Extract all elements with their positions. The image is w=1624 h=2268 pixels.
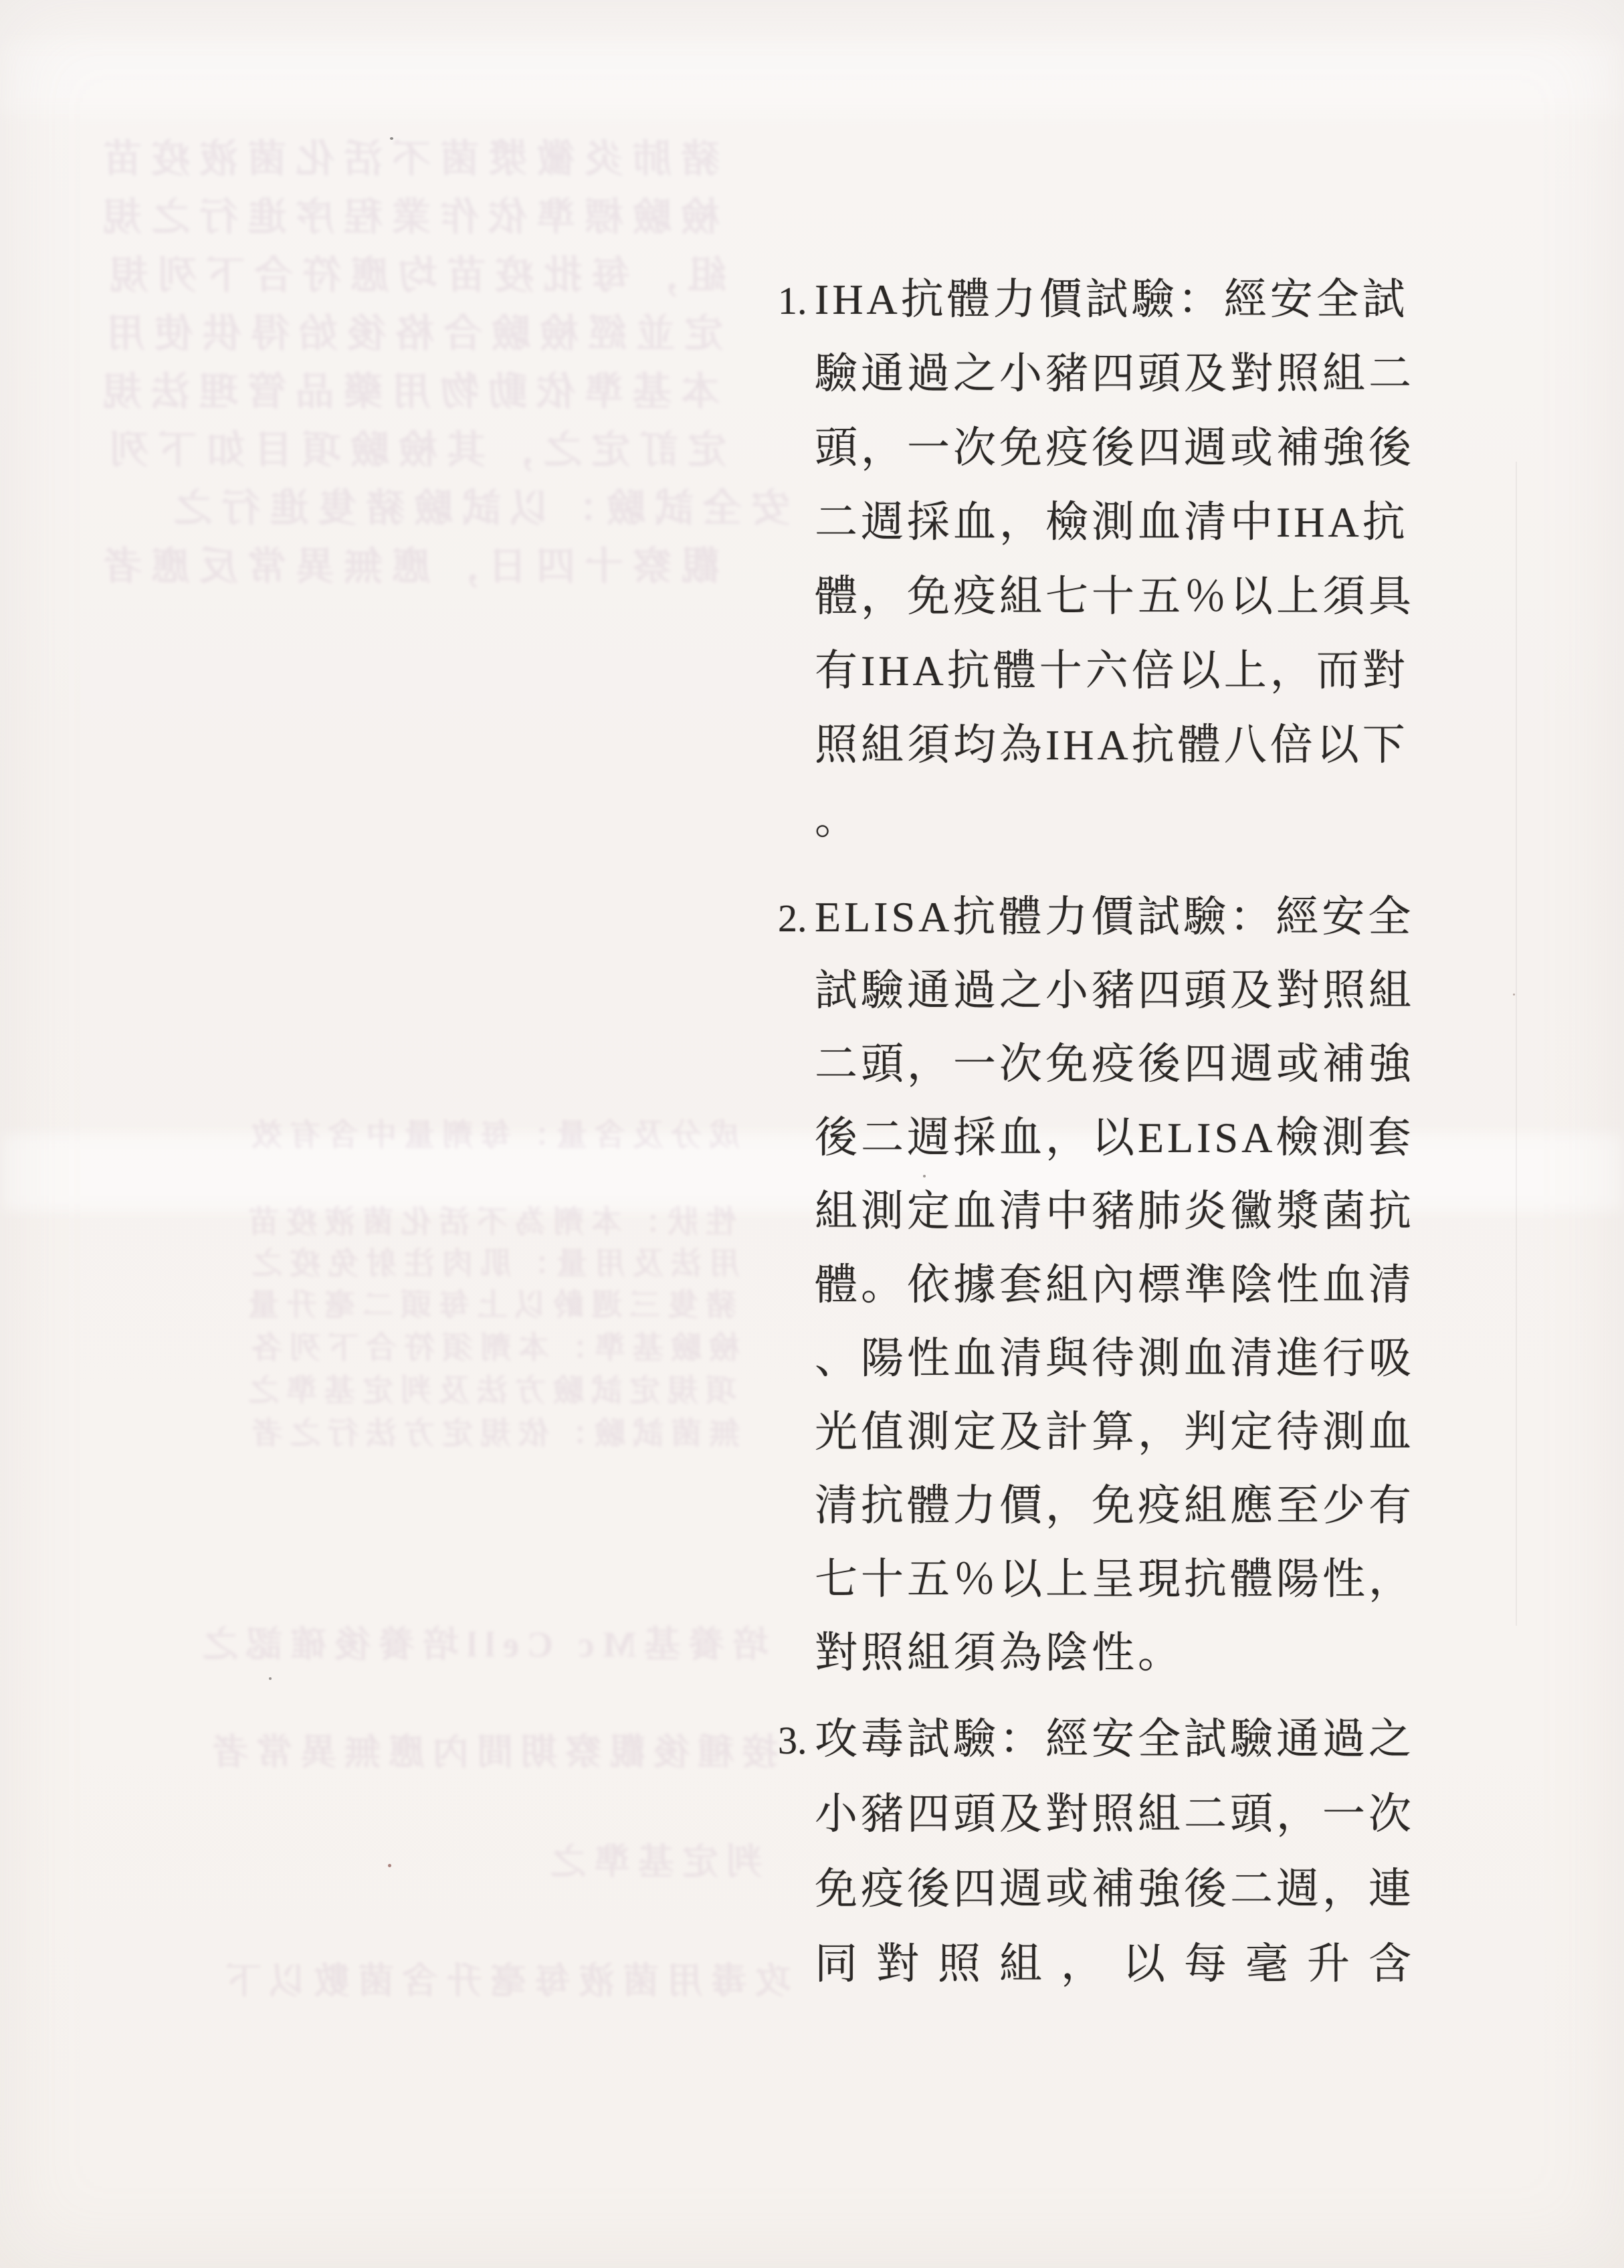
text-line: 對照組須為陰性。 xyxy=(815,1632,1184,1675)
bleedthrough-row: 攻毒用菌液每毫升含菌數以下 xyxy=(217,1952,791,2004)
text-line: 清抗體力價，免疫組應至少有 xyxy=(815,1485,1415,1527)
text-line: 免疫後四週或補強後二週，連 xyxy=(815,1868,1415,1911)
text-line: 同對照組，以每毫升含 xyxy=(815,1943,1430,1986)
text-line: 光值測定及計算，判定待測血 xyxy=(815,1411,1415,1454)
bleedthrough-row: 檢驗標準依作業程序進行之規 xyxy=(94,185,720,242)
bleedthrough-row: 組，每批疫苗均應符合下列規 xyxy=(100,244,726,300)
bleedthrough-row: 接種後觀察期間內應無異常者 xyxy=(204,1723,778,1775)
bleedthrough-row: 判定基準之 xyxy=(542,1833,763,1885)
text-line: 驗通過之小豬四頭及對照組二 xyxy=(815,353,1415,395)
bleedthrough-row: 無菌試驗：依規定方法行之者 xyxy=(244,1409,740,1453)
text-line: 有IHA抗體十六倍以上，而對 xyxy=(815,650,1409,692)
text-line: 二週採血，檢測血清中IHA抗 xyxy=(815,501,1409,544)
text-line: 1.IHA抗體力價試驗：經安全試 xyxy=(778,278,1409,321)
list-number: 2. xyxy=(778,899,815,938)
bleedthrough-row: 培養基Mc Cell培養後確認之 xyxy=(194,1616,769,1667)
text-line: 二頭，一次免疫後四週或補強 xyxy=(815,1043,1415,1086)
scratch-line xyxy=(1516,462,1517,1626)
text-line: 3.攻毒試驗：經安全試驗通過之 xyxy=(778,1718,1415,1761)
text-line: 試驗通過之小豬四頭及對照組 xyxy=(815,969,1415,1012)
bleedthrough-row: 本基準依動物用藥品管理法規 xyxy=(94,360,720,416)
bleedthrough-row: 成分及含量：每劑量中含有效 xyxy=(244,1111,740,1155)
bleedthrough-row: 檢驗基準：本劑須符合下列各 xyxy=(244,1323,740,1367)
dust-speck xyxy=(923,1175,926,1177)
bleedthrough-row: 定並經檢驗合格後始得供使用 xyxy=(97,302,723,358)
bleedthrough-row: 定訂定之，其檢驗項目如下列 xyxy=(100,418,726,474)
bleedthrough-row: 豬隻三週齡以上每頭二毫升量 xyxy=(241,1281,736,1325)
text-line-content: 攻毒試驗：經安全試驗通過之 xyxy=(815,1715,1415,1763)
text-line: 七十五％以上呈現抗體陽性， xyxy=(815,1558,1415,1601)
bleedthrough-row: 項規定試驗方法及判定基準之 xyxy=(241,1366,736,1410)
list-number: 1. xyxy=(778,282,815,320)
scanner-light-band xyxy=(0,40,1624,114)
bleedthrough-row: 用法及用量：肌肉注射免疫之 xyxy=(244,1239,740,1283)
dust-speck xyxy=(1513,994,1515,996)
text-line: 照組須均為IHA抗體八倍以下 xyxy=(815,724,1409,767)
bleedthrough-row: 性狀：本劑為不活化菌液疫苗 xyxy=(241,1198,736,1242)
text-line: 。 xyxy=(815,798,861,841)
dust-speck xyxy=(388,1864,391,1867)
text-line: 體。依據套組內標準陰性血清 xyxy=(815,1264,1415,1307)
list-number: 3. xyxy=(778,1721,815,1760)
bleedthrough-row: 觀察十四日，應無異常反應者 xyxy=(94,535,720,591)
text-line-content: ELISA抗體力價試驗：經安全 xyxy=(815,893,1414,941)
scanned-page: 豬肺炎黴漿菌不活化菌液疫苗檢驗標準依作業程序進行之規組，每批疫苗均應符合下列規定… xyxy=(0,0,1624,2268)
text-line: 體，免疫組七十五％以上須具 xyxy=(815,575,1415,618)
text-line: 頭，一次免疫後四週或補強後 xyxy=(815,427,1415,470)
text-line-content: IHA抗體力價試驗：經安全試 xyxy=(815,276,1409,323)
text-line: 組測定血清中豬肺炎黴漿菌抗 xyxy=(815,1190,1415,1233)
text-line: 後二週採血，以ELISA檢測套 xyxy=(815,1117,1414,1159)
text-line: 2.ELISA抗體力價試驗：經安全 xyxy=(778,896,1414,939)
text-line: 小豬四頭及對照組二頭，一次 xyxy=(815,1793,1415,1836)
text-line: 、陽性血清與待測血清進行吸 xyxy=(815,1337,1415,1380)
bleedthrough-row: 安全試驗：以試驗豬隻進行之 xyxy=(164,476,790,533)
dust-speck xyxy=(269,1677,272,1680)
bleedthrough-row: 豬肺炎黴漿菌不活化菌液疫苗 xyxy=(94,127,720,183)
